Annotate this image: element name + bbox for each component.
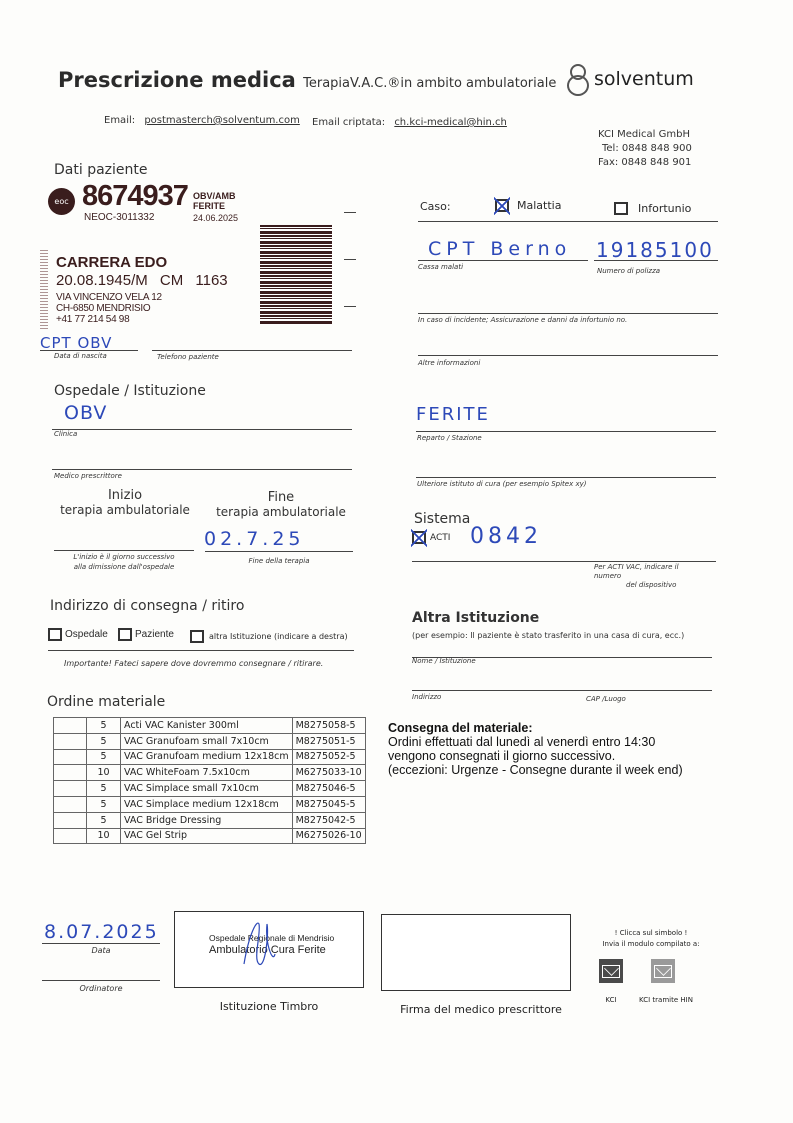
further-caption: Ulteriore istituto di cura (per esempio … [417,480,586,488]
orderer-line[interactable] [42,980,160,981]
solventum-logo-icon [566,64,588,94]
doctor-caption: Medico prescrittore [54,472,122,480]
send-kci-label: KCI [599,996,623,1004]
patient-name: CARRERA EDO [56,254,167,271]
order-item-cell: Acti VAC Kanister 300ml [121,718,293,734]
therapy-start-title: Inizio [54,488,196,503]
delivery-option-altra[interactable]: altra Istituzione (indicare a destra) [190,630,348,643]
table-row: 5VAC Granufoam small 7x10cmM8275051-5 [54,733,366,749]
order-check-cell[interactable] [54,796,87,812]
order-code-cell: M8275045-5 [292,796,365,812]
case-label: Caso: [420,200,451,213]
therapy-start-caption-2: alla dimissione dall'ospedale [54,562,194,572]
other-institution-title: Altra Istituzione [412,610,539,626]
order-check-cell[interactable] [54,828,87,844]
therapy-end-caption: Fine della terapia [205,557,353,565]
delivery-option-ospedale[interactable]: Ospedale [48,628,108,641]
email-label: Email: [104,115,135,126]
eoc-badge: eoc [48,188,75,215]
patient-address-1: VIA VINCENZO VELA 12 [56,292,162,303]
signature-caption: Firma del medico prescrittore [381,1003,581,1016]
send-hint-2: Invia il modulo compilato a: [588,939,714,950]
policy-value[interactable]: 19185100 [596,238,714,262]
therapy-start-subtitle: terapia ambulatoriale [54,503,196,517]
patient-id: 8674937 [82,180,188,213]
clinic-line [52,429,352,430]
sticker-date: 24.06.2025 [193,213,238,223]
table-row: 5Acti VAC Kanister 300mlM8275058-5 [54,718,366,734]
dob-caption: Data di nascita [54,352,107,360]
order-code-cell: M8275046-5 [292,781,365,797]
date-line [42,943,160,944]
policy-caption: Numero di polizza [597,267,660,275]
order-qty-cell: 5 [87,781,121,797]
address-caption: Indirizzo [412,693,441,701]
therapy-end-subtitle: terapia ambulatoriale [210,505,352,519]
order-code-cell: M8275058-5 [292,718,365,734]
system-option-acti[interactable]: ACTI [412,531,450,544]
signature-scribble [239,914,279,974]
other-institution-address-line[interactable] [412,690,712,691]
therapy-end-line [205,551,353,552]
phone-caption: Telefono paziente [157,353,219,361]
device-caption: Per ACTI VAC, indicare il numero del dis… [594,563,679,590]
device-line [412,561,716,562]
therapy-start-line[interactable] [54,550,194,551]
stamp-caption: Istituzione Timbro [174,1000,364,1013]
malattia-checkbox[interactable] [495,199,509,212]
delivery-notice-line-1: Ordini effettuati dal lunedì al venerdì … [388,735,683,749]
order-item-cell: VAC Gel Strip [121,828,293,844]
order-item-cell: VAC Simplace medium 12x18cm [121,796,293,812]
orderer-caption: Ordinatore [42,984,160,993]
table-row: 5VAC Simplace medium 12x18cmM8275045-5 [54,796,366,812]
sticker-vertical-text [40,250,48,330]
table-row: 5VAC Simplace small 7x10cmM8275046-5 [54,781,366,797]
order-code-cell: M8275052-5 [292,749,365,765]
other-institution-name-caption: Nome / Istituzione [412,657,476,665]
delivery-note: Importante! Fateci sapere dove dovremmo … [64,659,323,668]
order-qty-cell: 5 [87,733,121,749]
acti-label: ACTI [430,533,450,543]
delivery-line [48,650,354,651]
paziente-label: Paziente [135,629,174,640]
stamp-box: Ospedale Regionale di Mendrisio Ambulato… [174,911,364,988]
infortunio-checkbox[interactable] [614,202,628,215]
order-qty-cell: 10 [87,828,121,844]
title-main: Prescrizione medica [58,68,296,92]
acti-checkbox[interactable] [412,531,426,544]
order-item-cell: VAC WhiteFoam 7.5x10cm [121,765,293,781]
altra-istituzione-label: altra Istituzione (indicare a destra) [209,632,348,641]
sticker-ferite: FERITE [193,201,236,211]
other-institution-description: (per esempio: Il paziente è stato trasfe… [412,631,684,640]
device-number-value[interactable]: 0842 [470,524,542,549]
insurer-value[interactable]: CPT Berno [428,238,571,260]
clinic-value[interactable]: OBV [64,402,107,424]
company-tel: Tel: 0848 848 900 [598,142,692,156]
system-section-title: Sistema [414,511,470,527]
delivery-notice-line-3: (eccezioni: Urgenze - Consegne durante i… [388,763,683,777]
order-check-cell[interactable] [54,749,87,765]
therapy-end-value[interactable]: 02.7.25 [204,528,305,550]
doctor-line[interactable] [52,469,352,470]
email-row: Email: postmasterch@solventum.com [104,115,300,126]
sticker-ward: OBV/AMB FERITE [193,191,236,211]
company-fax: Fax: 0848 848 901 [598,156,692,170]
title-subtitle: TerapiaV.A.C.®in ambito ambulatoriale [303,76,556,91]
malattia-label: Malattia [517,199,561,212]
clinic-caption: Clinica [54,430,77,438]
order-qty-cell: 5 [87,718,121,734]
date-value[interactable]: 8.07.2025 [44,921,159,943]
therapy-end-heading: Fine terapia ambulatoriale [210,490,352,519]
kci-mail-icon[interactable] [599,959,623,983]
order-check-cell[interactable] [54,781,87,797]
ospedale-checkbox[interactable] [48,628,62,641]
encrypted-email-row: Email criptata: ch.kci-medical@hin.ch [312,117,507,128]
device-caption-1: Per ACTI VAC, indicare il [594,563,679,572]
encrypted-email-label: Email criptata: [312,117,385,128]
order-code-cell: M8275051-5 [292,733,365,749]
patient-section-title: Dati paziente [54,162,147,178]
therapy-start-heading: Inizio terapia ambulatoriale [54,488,196,517]
hospital-section-title: Ospedale / Istituzione [54,383,206,399]
patient-address-2: CH-6850 MENDRISIO [56,303,162,314]
accident-line[interactable] [418,313,718,314]
ward-value[interactable]: FERITE [416,404,490,425]
order-item-cell: VAC Bridge Dressing [121,812,293,828]
logo-text: solventum [594,68,694,90]
delivery-notice: Consegna del materiale: Ordini effettuat… [388,721,683,777]
send-hin-label: KCI tramite HIN [636,996,696,1004]
case-divider [418,221,718,222]
infortunio-label: Infortunio [638,202,691,215]
accident-caption: In caso di incidente; Assicurazione e da… [418,316,627,324]
order-section-title: Ordine materiale [47,694,165,710]
order-code-cell: M8275042-5 [292,812,365,828]
solventum-logo: solventum [566,64,694,94]
send-hint-1: ! Clicca sul simbolo ! [588,928,714,939]
order-qty-cell: 5 [87,812,121,828]
patient-barcode [260,225,332,325]
order-table: 5Acti VAC Kanister 300mlM8275058-55VAC G… [53,717,366,844]
zip-caption: CAP /Luogo [586,695,626,703]
neoc-number: NEOC-3011332 [84,212,154,223]
send-hint: ! Clicca sul simbolo ! Invia il modulo c… [588,928,714,950]
company-name: KCI Medical GmbH [598,128,692,142]
delivery-section-title: Indirizzo di consegna / ritiro [50,598,244,614]
order-item-cell: VAC Granufoam medium 12x18cm [121,749,293,765]
insurer-caption: Cassa malati [418,263,463,271]
ward-line [416,431,716,432]
divider-dash [344,259,356,260]
sticker-obv: OBV/AMB [193,191,236,201]
therapy-end-title: Fine [210,490,352,505]
delivery-notice-title: Consegna del materiale: [388,721,683,735]
patient-address: VIA VINCENZO VELA 12 CH-6850 MENDRISIO +… [56,292,162,325]
date-caption: Data [42,946,160,955]
company-info: KCI Medical GmbH Tel: 0848 848 900 Fax: … [598,128,692,170]
order-item-cell: VAC Simplace small 7x10cm [121,781,293,797]
order-code-cell: M6275033-10 [292,765,365,781]
case-option-malattia[interactable]: Malattia [495,199,561,212]
order-qty-cell: 10 [87,765,121,781]
patient-phone: +41 77 214 54 98 [56,314,162,325]
order-check-cell[interactable] [54,765,87,781]
policy-line [594,260,718,261]
encrypted-email-link[interactable]: ch.kci-medical@hin.ch [394,117,507,128]
phone-line[interactable] [152,350,352,351]
other-info-caption: Altre informazioni [418,359,480,367]
delivery-notice-line-2: vengono consegnati il giorno successivo. [388,749,683,763]
therapy-start-caption: L'inizio è il giorno successivo alla dim… [54,552,194,572]
table-row: 5VAC Granufoam medium 12x18cmM8275052-5 [54,749,366,765]
divider-dash [344,212,356,213]
email-link[interactable]: postmasterch@solventum.com [144,115,300,126]
patient-dob-line: 20.08.1945/M CM 1163 [56,272,228,289]
dob-line [40,350,138,351]
delivery-option-paziente[interactable]: Paziente [118,628,174,641]
table-row: 10VAC WhiteFoam 7.5x10cmM6275033-10 [54,765,366,781]
page-title: Prescrizione medica TerapiaV.A.C.®in amb… [58,68,556,92]
device-caption-2: numero [594,572,679,581]
case-option-infortunio[interactable]: Infortunio [614,202,691,215]
signature-box[interactable] [381,914,571,991]
insurer-line [418,260,588,261]
order-qty-cell: 5 [87,749,121,765]
device-caption-3: del dispositivo [594,581,679,590]
ward-caption: Reparto / Stazione [417,434,482,442]
ospedale-label: Ospedale [65,629,108,640]
order-item-cell: VAC Granufoam small 7x10cm [121,733,293,749]
hin-mail-icon[interactable] [651,959,675,983]
order-code-cell: M6275026-10 [292,828,365,844]
order-check-cell[interactable] [54,812,87,828]
table-row: 5VAC Bridge DressingM8275042-5 [54,812,366,828]
therapy-start-caption-1: L'inizio è il giorno successivo [54,552,194,562]
order-qty-cell: 5 [87,796,121,812]
altra-istituzione-checkbox[interactable] [190,630,204,643]
table-row: 10VAC Gel StripM6275026-10 [54,828,366,844]
divider-dash [344,306,356,307]
order-check-cell[interactable] [54,718,87,734]
other-info-line[interactable] [418,355,718,356]
paziente-checkbox[interactable] [118,628,132,641]
order-check-cell[interactable] [54,733,87,749]
further-line[interactable] [416,477,716,478]
